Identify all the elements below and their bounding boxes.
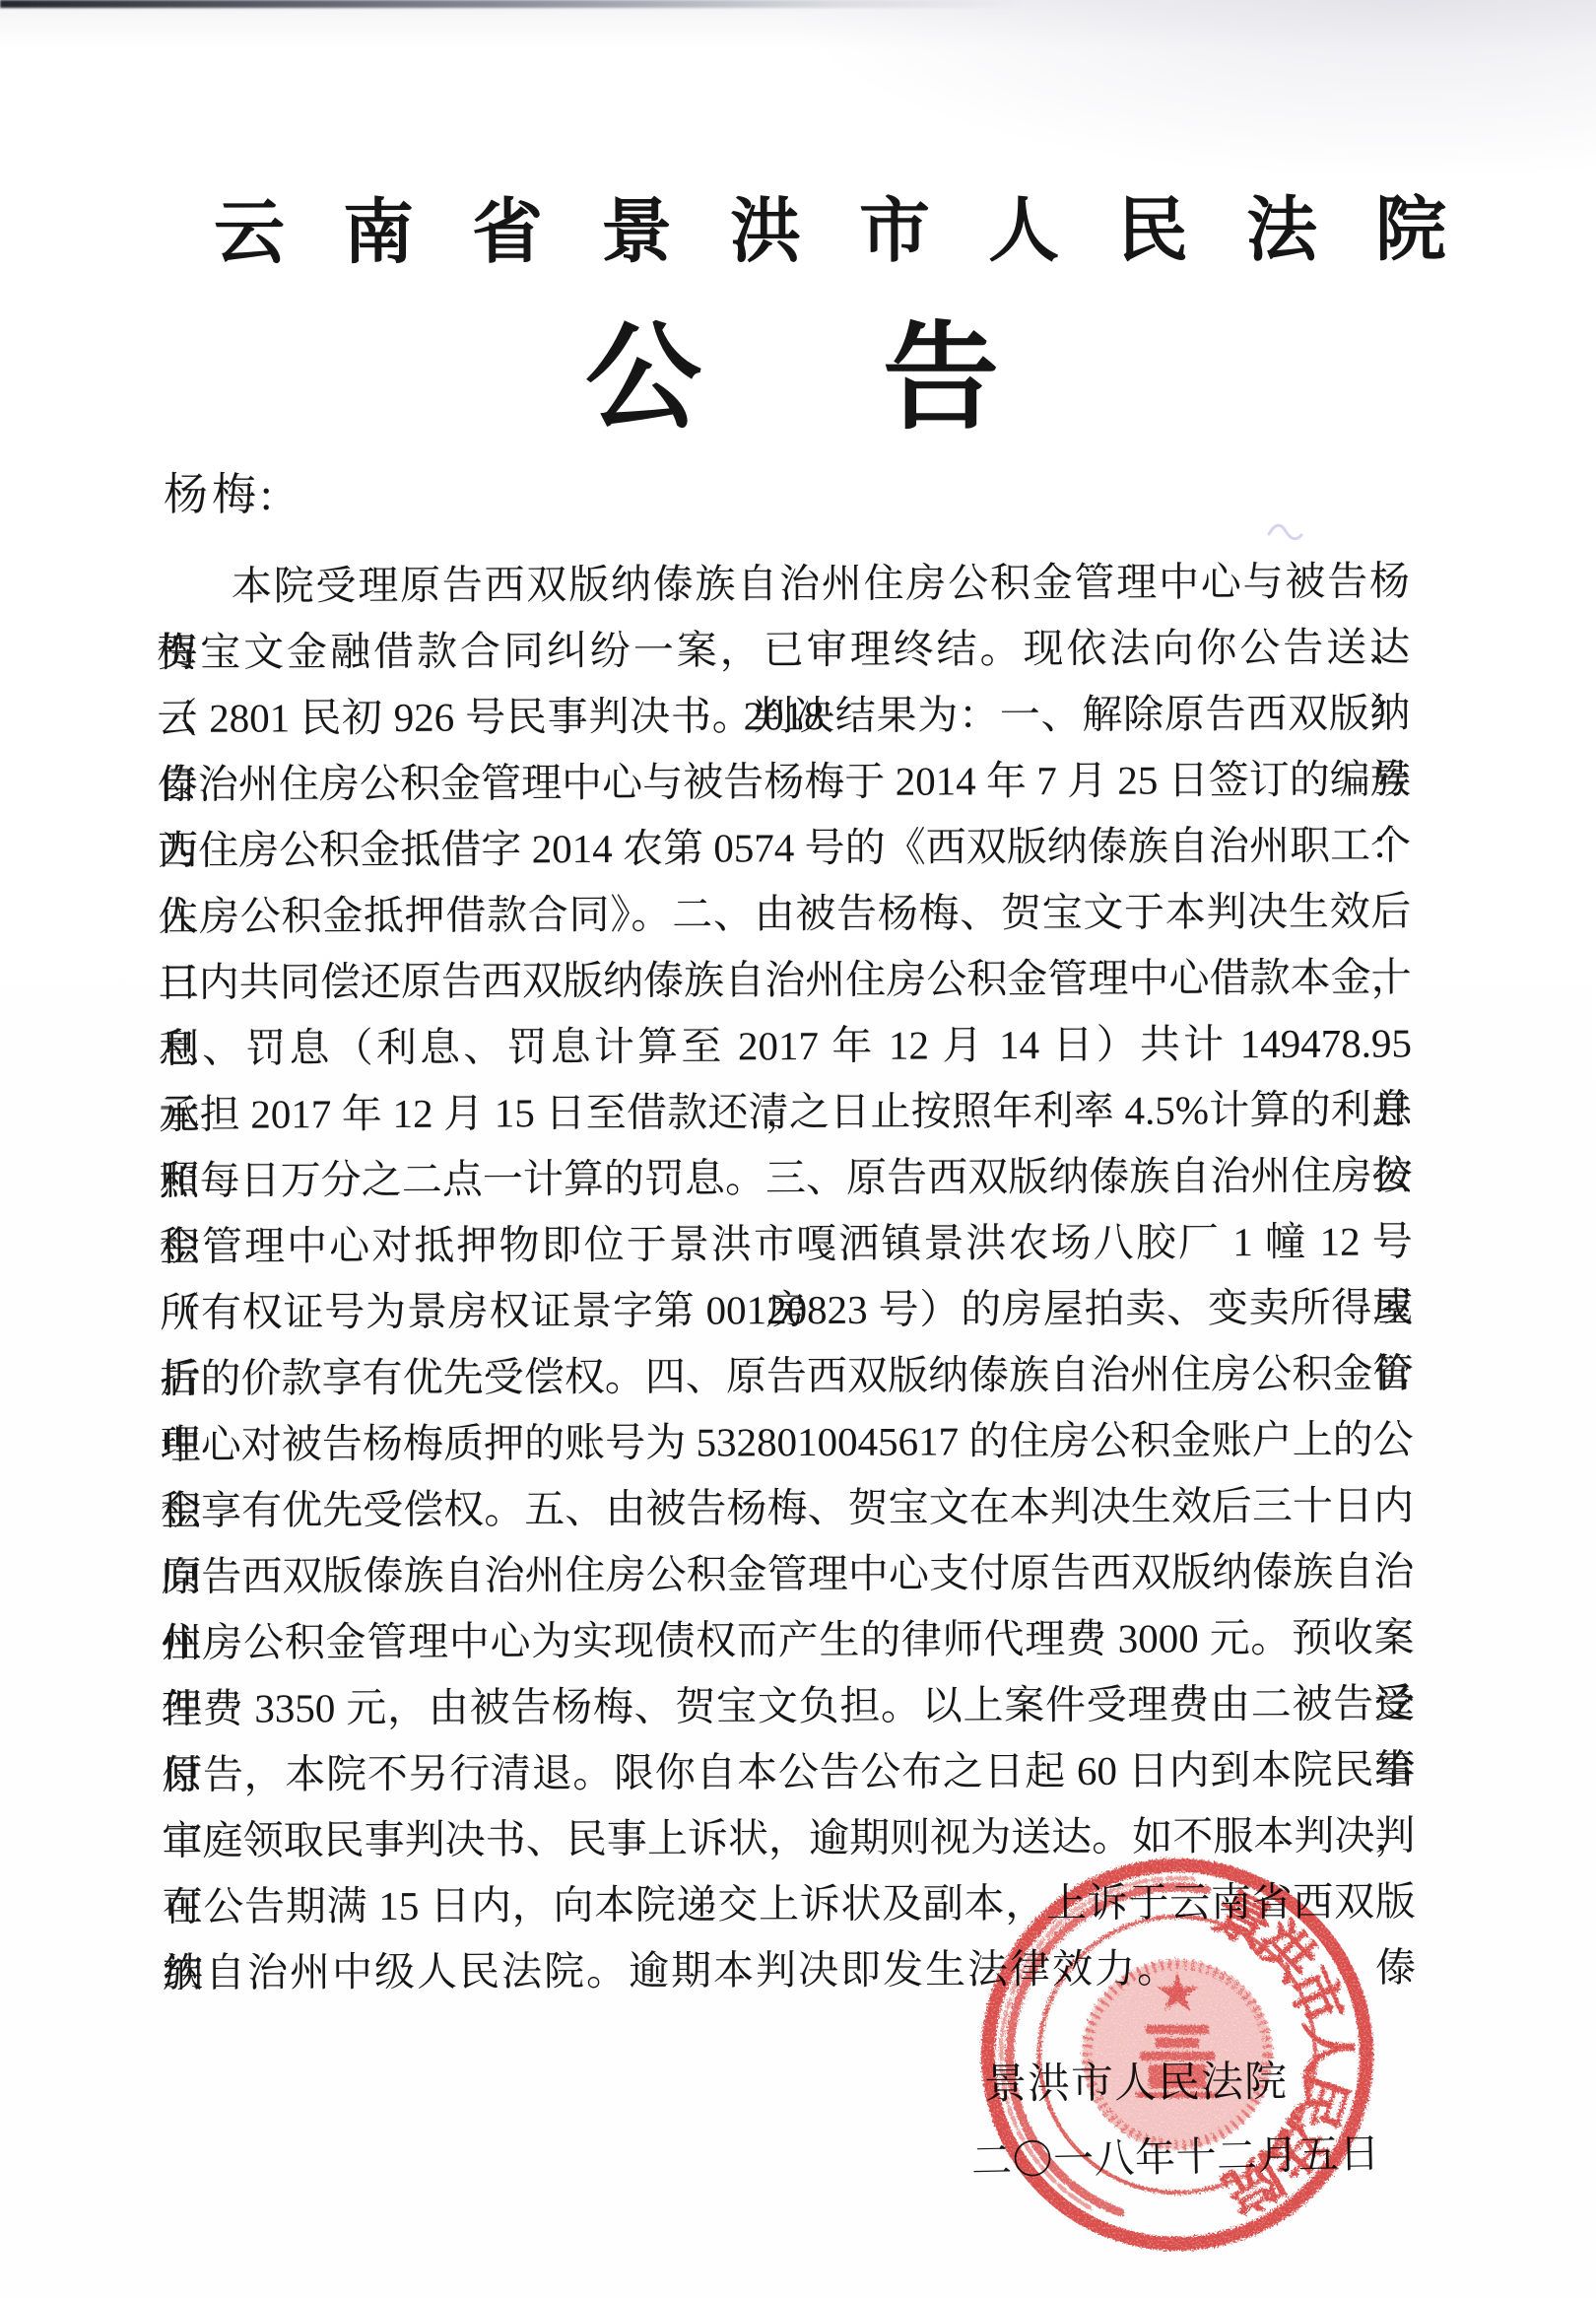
scan-edge-artifact [0,0,1022,8]
notice-title: 公告 [85,284,1596,451]
body-line: 息、罚息（利息、罚息计算至 2017 年 12 月 14 日）共计 149478… [159,1010,1412,1082]
body-line: 中心对被告杨梅质押的账号为 5328010045617 的住房公积金账户上的公积 [161,1406,1414,1478]
body-line: 理费 3350 元，由被告杨梅、贺宝文负担。以上案件受理费由二被告迳付给 [162,1670,1415,1742]
body-line: 原告西双版傣族自治州住房公积金管理中心支付原告西双版纳傣族自治州 [161,1538,1414,1610]
body-line: 住房公积金管理中心为实现债权而产生的律师代理费 3000 元。预收案件受 [161,1604,1414,1676]
page-title: 云南省景洪市人民法院 [61,171,1596,278]
body-line: 贺宝文金融借款合同纠纷一案，已审理终结。现依法向你公告送达（2018） [157,614,1410,686]
body-line: 金享有优先受偿权。五、由被告杨梅、贺宝文在本判决生效后三十日内向 [161,1472,1414,1544]
body-line: 照每日万分之二点一计算的罚息。三、原告西双版纳傣族自治州住房公积 [159,1142,1412,1214]
body-line: 西住房公积金抵借字 2014 农第 0574 号的《西双版纳傣族自治州职工个人 [158,812,1411,884]
body-line: 后的价款享有优先受偿权。四、原告西双版纳傣族自治州住房公积金管理 [160,1340,1413,1412]
body-line: 本院受理原告西双版纳傣族自治州住房公积金管理中心与被告杨梅、 [157,548,1410,620]
body-line: 日内共同偿还原告西双版纳傣族自治州住房公积金管理中心借款本金，利 [159,944,1412,1016]
body-line: 承担 2017 年 12 月 15 日至借款还清之日止按照年利率 4.5%计算的… [159,1076,1412,1148]
salutation: 杨梅: [164,458,277,522]
body-line: 住房公积金抵押借款合同》。二、由被告杨梅、贺宝文于本判决生效后三十 [158,878,1411,950]
scan-smudge-artifact [1263,510,1308,550]
body-line: 所有权证号为景房权证景字第 00120823 号）的房屋拍卖、变卖所得或折价 [160,1274,1413,1346]
body-paragraph: 本院受理原告西双版纳傣族自治州住房公积金管理中心与被告杨梅、贺宝文金融借款合同纠… [157,548,1416,2006]
body-line: 金管理中心对抵押物即位于景洪市嘎洒镇景洪农场八胶厂 1 幢 12 号（房屋 [160,1208,1413,1280]
body-line: 自治州住房公积金管理中心与被告杨梅于 2014 年 7 月 25 日签订的编号为… [158,746,1411,818]
body-line: 云 2801 民初 926 号民事判决书。判决结果为：一、解除原告西双版纳傣族 [157,680,1410,752]
court-seal-stamp: 景洪市人民法院 [970,1848,1384,2262]
body-line: 原告，本院不另行清退。限你自本公告公布之日起 60 日内到本院民事审判 [162,1736,1415,1808]
scanned-document-page: 云南省景洪市人民法院 公告 杨梅: 本院受理原告西双版纳傣族自治州住房公积金管理… [0,0,1596,2298]
